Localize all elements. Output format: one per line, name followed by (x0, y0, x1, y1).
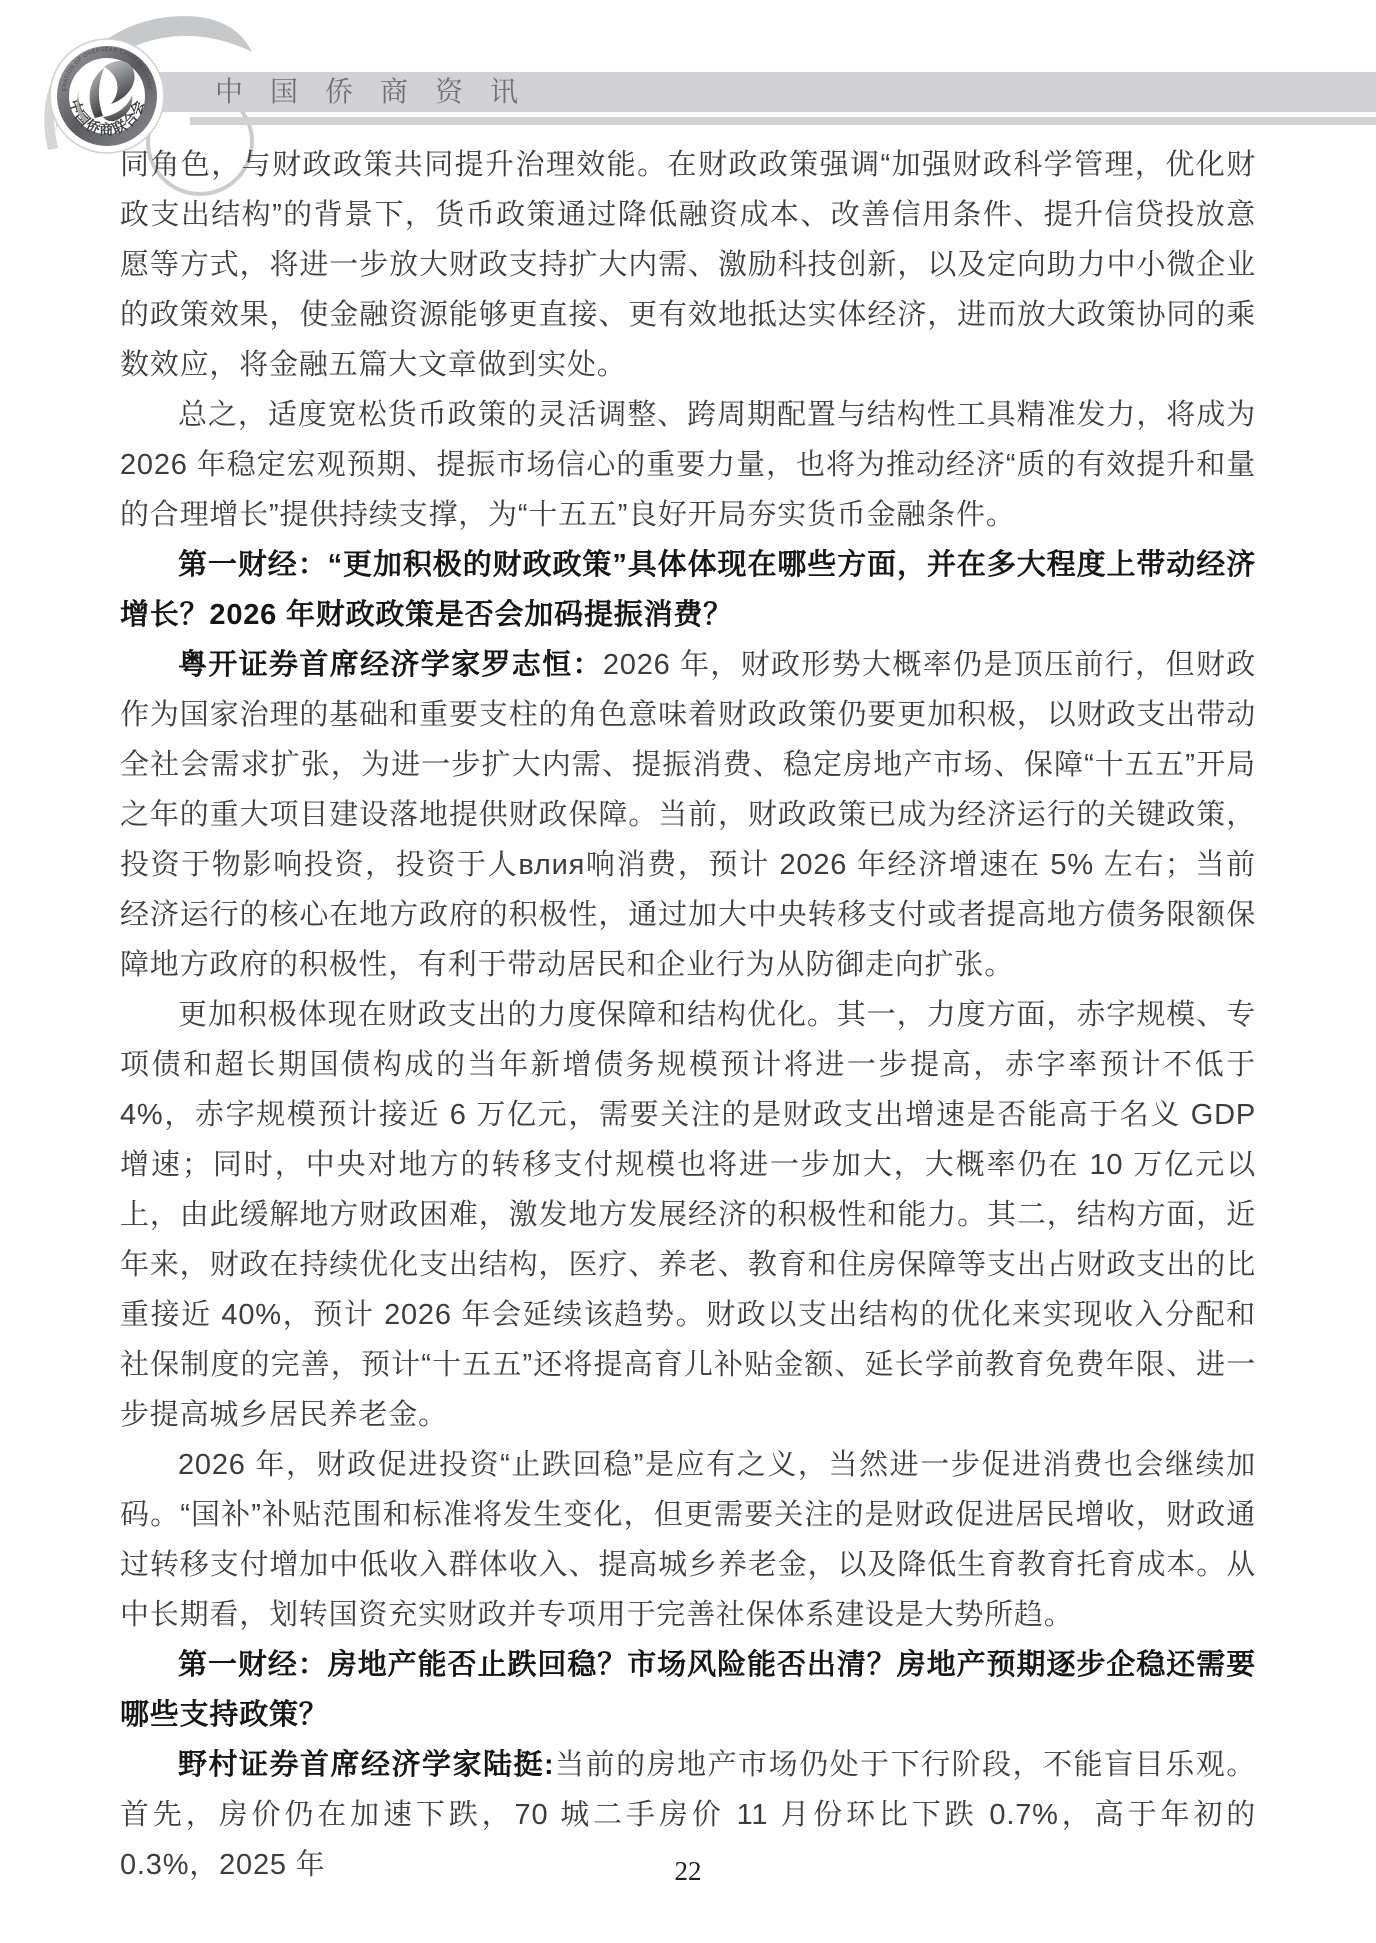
header-banner-underline (190, 117, 1376, 125)
document-page: { "header": { "banner_title": "中国侨商资讯", … (0, 0, 1376, 1943)
speaker-name: 粤开证券首席经济学家罗志恒： (178, 649, 603, 681)
body-paragraph: 更加积极体现在财政支出的力度保障和结构优化。其一，力度方面，赤字规模、专项债和超… (120, 990, 1256, 1440)
body-paragraph: 粤开证券首席经济学家罗志恒：2026 年，财政形势大概率仍是顶压前行，但财政作为… (120, 640, 1256, 990)
body-paragraph: 总之，适度宽松货币政策的灵活调整、跨周期配置与结构性工具精准发力，将成为 202… (120, 390, 1256, 540)
header-banner: 中国侨商资讯 (130, 72, 1376, 112)
page-number: 22 (0, 1856, 1376, 1887)
article-body: 同角色，与财政政策共同提升治理效能。在财政政策强调“加强财政科学管理，优化财政支… (120, 140, 1256, 1890)
speaker-name: 野村证券首席经济学家陆挺: (178, 1749, 554, 1781)
question-heading: 第一财经：“更加积极的财政政策”具体体现在哪些方面，并在多大程度上带动经济增长？… (120, 540, 1256, 640)
banner-title: 中国侨商资讯 (130, 72, 1376, 112)
body-paragraph: 同角色，与财政政策共同提升治理效能。在财政政策强调“加强财政科学管理，优化财政支… (120, 140, 1256, 390)
question-heading: 第一财经：房地产能否止跌回稳？市场风险能否出清？房地产预期逐步企稳还需要哪些支持… (120, 1640, 1256, 1740)
body-paragraph: 2026 年，财政促进投资“止跌回稳”是应有之义，当然进一步促进消费也会继续加码… (120, 1440, 1256, 1640)
